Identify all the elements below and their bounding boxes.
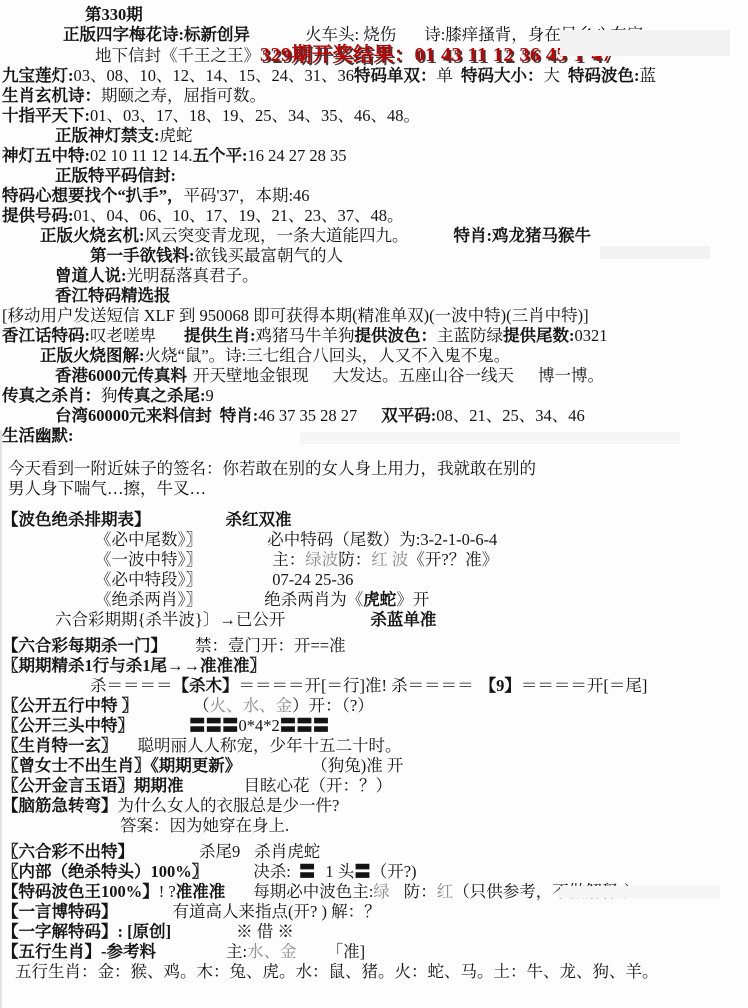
- text-segment: 火车头: 烧伤: [305, 25, 396, 45]
- text-segment: 0321: [575, 326, 608, 346]
- text-line: 《必中尾数》〗必中特码（尾数）为:3-2-1-0-6-4: [0, 530, 748, 550]
- text-segment: 六合彩期期{杀半波}〕→已公开: [55, 610, 285, 630]
- scan-edge-artifact: [0, 430, 2, 1008]
- text-segment: 有道高人来指点(开? ) 解：？: [173, 902, 381, 922]
- text-segment: 欲钱买最富朝气的人: [195, 246, 344, 266]
- text-segment: 台湾60000元来料信封: [55, 406, 212, 426]
- text-line: 杀＝＝＝＝【杀木】＝＝＝＝开[＝行]准! 杀＝＝＝＝【9】＝＝＝＝开[＝尾]: [0, 676, 748, 696]
- text-segment: 正版神灯禁支:: [55, 126, 160, 146]
- text-segment: 决杀:: [253, 862, 291, 882]
- text-segment: 叹老嗟卑: [90, 326, 156, 346]
- text-segment: 1 头: [325, 862, 354, 882]
- text-segment: 香江特码精选报: [55, 286, 171, 306]
- text-line: 六合彩期期{杀半波}〕→已公开杀蓝单准: [0, 610, 748, 630]
- scan-smudge: [560, 886, 720, 898]
- text-segment: 0*4*2: [239, 716, 280, 736]
- text-segment: [移动用户发送短信 XLF 到 950068 即可获得本期(精准单双)(一波中特…: [2, 306, 589, 326]
- text-segment: ＝＝＝＝开[＝尾]: [521, 676, 648, 696]
- text-segment: 〖公开三头中特〗: [2, 716, 134, 736]
- text-segment: 正版四字梅花诗:标新创异: [63, 25, 250, 45]
- text-segment: 〖期期精杀1行与杀1尾→→准准准〗: [2, 656, 266, 676]
- text-line: 【五行生肖】-参考料主:水、金「准]: [0, 942, 748, 962]
- text-segment: 特肖:: [454, 226, 493, 246]
- text-segment: 绿波: [305, 550, 338, 570]
- text-segment: 01、04、06、10、17、19、21、23、37、48。: [74, 206, 404, 226]
- text-line: 九宝莲灯:03、08、10、12、14、15、24、31、36特码单双：单特码大…: [0, 66, 748, 86]
- text-segment: 水、金: [247, 942, 297, 962]
- text-segment: 杀肖虎蛇: [254, 842, 320, 862]
- text-segment: 〖公开金言玉语〗: [2, 776, 134, 796]
- text-line: 【一言博特码】有道高人来指点(开? ) 解：？: [0, 902, 748, 922]
- text-segment: 地下信封《千王之王》: [95, 46, 260, 66]
- text-segment: 特码心想要找个“扒手”，: [2, 186, 184, 206]
- text-segment: 提供尾数:: [503, 326, 575, 346]
- text-line: 〖曾女士不出生肖〗《期期更新》（狗兔)准 开: [0, 756, 748, 776]
- text-segment: 传真之杀肖：: [2, 386, 101, 406]
- text-segment: 必中特码（尾数）为:3-2-1-0-6-4: [267, 530, 497, 550]
- text-line: 【一字解特码】: [原创]※ 借 ※: [0, 922, 748, 942]
- text-segment: ＝＝＝＝开[＝行]准! 杀＝＝＝＝: [239, 676, 474, 696]
- text-line: 男人身下喘气…擦，牛叉…: [0, 479, 748, 499]
- text-segment: 第330期: [85, 5, 143, 25]
- text-segment: 特码波色:: [568, 66, 640, 86]
- text-segment: 红 波: [371, 550, 408, 570]
- text-line: 〖生肖特一玄〗聪明丽人人称宠，少年十五二十时。: [0, 736, 748, 756]
- text-segment: 【五行生肖】-参考料: [2, 942, 156, 962]
- text-line: 〖期期精杀1行与杀1尾→→准准准〗: [0, 656, 748, 676]
- text-segment: 02 10 11 12 14.: [90, 146, 193, 166]
- text-segment: 杀＝＝＝＝: [90, 676, 173, 696]
- text-segment: 【一字解特码】: [原创]: [2, 922, 171, 942]
- text-segment: 五个平:: [193, 146, 248, 166]
- text-segment: 〖内部（绝杀特头）100%〗: [2, 862, 208, 882]
- text-segment: 46 37 35 28 27: [258, 406, 357, 426]
- text-segment: 答案：因为她穿在身上.: [120, 816, 289, 836]
- text-segment: 红: [437, 882, 454, 902]
- text-segment: 《开?？准》: [408, 550, 498, 570]
- text-lines-container: 第330期正版四字梅花诗:标新创异火车头: 烧伤诗:膝痒搔背，身在异乡心在家。地…: [0, 5, 748, 982]
- text-segment: 〓: [299, 862, 316, 882]
- text-segment: 07-24 25-36: [272, 570, 353, 590]
- text-segment: 绿: [373, 882, 390, 902]
- text-segment: 9: [206, 386, 214, 406]
- text-line: 〖内部（绝杀特头）100%〗决杀:〓1 头〓（开?): [0, 862, 748, 882]
- text-segment: 为什么女人的衣服总是少一件?: [118, 796, 340, 816]
- text-segment: 生肖玄机诗：: [2, 86, 101, 106]
- text-line: 香江话特码:叹老嗟卑提供生肖:鸡猪马牛羊狗提供波色：主蓝防绿提供尾数:0321: [0, 326, 748, 346]
- text-segment: 聪明丽人人称宠，少年十五二十时。: [138, 736, 402, 756]
- text-line: 〖公开五行中特 〗（火、水、金）开：（?）: [0, 696, 748, 716]
- text-segment: 【杀木】: [173, 676, 239, 696]
- text-segment: 鸡龙猪马猴牛: [492, 226, 591, 246]
- text-segment: ）开：（?）: [292, 696, 374, 716]
- text-segment: 五行生肖：金：猴、鸡。木：兔、虎。水：鼠、猪。火：蛇、马。土：牛、龙、狗、羊。: [15, 962, 659, 982]
- text-segment: 主:: [226, 942, 247, 962]
- text-segment: 《绝杀两肖》〗: [95, 590, 202, 610]
- text-segment: 虎蛇: [363, 590, 396, 610]
- text-line: 〖公开三头中特〗〓〓〓0*4*2〓〓〓: [0, 716, 748, 736]
- text-segment: 正版火烧玄机:: [40, 226, 145, 246]
- text-segment: （狗兔)准 开: [311, 756, 403, 776]
- text-line: 特码心想要找个“扒手”，平码'37'，本期:46: [0, 186, 748, 206]
- text-line: 【六合彩每期杀一门】禁：壹门开：开==准: [0, 636, 748, 656]
- text-segment: 〓〓〓: [189, 716, 239, 736]
- text-segment: 虎蛇: [160, 126, 193, 146]
- text-segment: 禁：壹门开：开==准: [195, 636, 346, 656]
- text-segment: 绝杀两肖为《: [264, 590, 363, 610]
- text-line: 今天看到一附近妹子的签名：你若敢在别的女人身上用力，我就敢在别的: [0, 459, 748, 479]
- text-segment: 风云突变青龙现，一条大道能四九。: [145, 226, 409, 246]
- text-line: 正版火烧玄机:风云突变青龙现，一条大道能四九。特肖:鸡龙猪马猴牛: [0, 226, 748, 246]
- text-line: 正版特平码信封:: [0, 166, 748, 186]
- text-segment: 【六合彩每期杀一门】: [2, 636, 167, 656]
- text-segment: 杀尾9: [199, 842, 240, 862]
- scan-smudge: [560, 30, 730, 56]
- text-segment: 大: [544, 66, 561, 86]
- text-segment: 01、03、17、18、19、25、34、35、46、48。: [90, 106, 420, 126]
- text-segment: 单: [437, 66, 454, 86]
- text-segment: 平码'37'，本期:46: [184, 186, 310, 206]
- text-segment: 特码大小：: [461, 66, 544, 86]
- text-segment: 杀红双准: [226, 510, 292, 530]
- text-segment: 期期准: [134, 776, 184, 796]
- text-segment: 火、水、金: [210, 696, 293, 716]
- text-segment: 「准]: [327, 942, 366, 962]
- text-segment: 生活幽默:: [2, 426, 74, 446]
- text-segment: 16 24 27 28 35: [248, 146, 347, 166]
- text-segment: 特码单双：: [354, 66, 437, 86]
- text-line: 提供号码:01、04、06、10、17、19、21、23、37、48。: [0, 206, 748, 226]
- text-line: 曾道人说:光明磊落真君子。: [0, 266, 748, 286]
- text-line: 香江特码精选报: [0, 286, 748, 306]
- text-line: 第330期: [0, 5, 748, 25]
- text-segment: （开?): [371, 862, 417, 882]
- text-segment: 大发达。五座山谷一线天: [333, 366, 515, 386]
- text-segment: 〓〓〓: [280, 716, 330, 736]
- text-segment: 防：: [404, 882, 437, 902]
- text-segment: 第一手欲钱料:: [90, 246, 195, 266]
- text-line: 香港6000元传真料开天壁地金银现大发达。五座山谷一线天博一博。: [0, 366, 748, 386]
- text-segment: 【特码波色王100%】: [2, 882, 159, 902]
- text-segment: 〖六合彩不出特】: [2, 842, 134, 862]
- text-segment: 【9】: [480, 676, 521, 696]
- text-segment: 特肖:: [220, 406, 259, 426]
- text-segment: 火烧“鼠”。诗:三七组合八回头，人又不入鬼不鬼。: [145, 346, 511, 366]
- text-segment: 九宝莲灯:: [2, 66, 74, 86]
- text-line: 《一波中特》〗主：绿波 防：红 波《开?？准》: [0, 550, 748, 570]
- text-segment: 提供生肖:: [184, 326, 256, 346]
- text-segment: 今天看到一附近妹子的签名：你若敢在别的女人身上用力，我就敢在别的: [8, 459, 536, 479]
- text-segment: 03、08、10、12、14、15、24、31、36: [74, 66, 355, 86]
- text-segment: 神灯五中特:: [2, 146, 90, 166]
- text-segment: 蓝: [640, 66, 657, 86]
- text-segment: 正版火烧图解:: [40, 346, 145, 366]
- spacer: [0, 499, 748, 510]
- text-segment: 〖曾女士不出生肖〗《期期更新》: [2, 756, 241, 776]
- text-segment: ※ 借 ※: [236, 922, 294, 942]
- text-line: 【波色绝杀排期表】杀红双准: [0, 510, 748, 530]
- text-segment: 目眩心花（开：？）: [244, 776, 393, 796]
- text-segment: 博一博。: [538, 366, 604, 386]
- spacer: [0, 446, 748, 459]
- tip-sheet-page: 第330期正版四字梅花诗:标新创异火车头: 烧伤诗:膝痒搔背，身在异乡心在家。地…: [0, 0, 748, 1008]
- text-line: 传真之杀肖：狗传真之杀尾:9: [0, 386, 748, 406]
- text-segment: 主蓝防绿: [437, 326, 503, 346]
- scan-smudge: [600, 246, 710, 259]
- text-segment: 〓: [354, 862, 371, 882]
- text-segment: ! ?: [159, 882, 176, 902]
- text-segment: 《必中特段》〗: [95, 570, 202, 590]
- text-segment: 提供波色：: [355, 326, 438, 346]
- text-line: 正版火烧图解: 火烧“鼠”。诗:三七组合八回头，人又不入鬼不鬼。: [0, 346, 748, 366]
- text-segment: 杀蓝单准: [370, 610, 436, 630]
- text-line: 十指平天下:01、03、17、18、19、25、34、35、46、48。: [0, 106, 748, 126]
- text-segment: 香江话特码:: [2, 326, 90, 346]
- text-line: 生肖玄机诗：期颐之寿，屈指可数。: [0, 86, 748, 106]
- text-segment: 《一波中特》〗: [95, 550, 202, 570]
- text-segment: 香港6000元传真料: [55, 366, 187, 386]
- text-segment: 《必中尾数》〗: [95, 530, 202, 550]
- text-segment: 每期必中波色主:: [253, 882, 373, 902]
- text-segment: 传真之杀尾:: [118, 386, 206, 406]
- text-segment: 【一言博特码】: [2, 902, 118, 922]
- text-line: 〖公开金言玉语〗期期准目眩心花（开：？）: [0, 776, 748, 796]
- text-line: 神灯五中特:02 10 11 12 14.五个平: 16 24 27 28 35: [0, 146, 748, 166]
- text-segment: 狗: [101, 386, 118, 406]
- text-line: 【脑筋急转弯】为什么女人的衣服总是少一件?: [0, 796, 748, 816]
- text-segment: 正版特平码信封:: [55, 166, 176, 186]
- text-line: 《必中特段》〗07-24 25-36: [0, 570, 748, 590]
- text-line: 五行生肖：金：猴、鸡。木：兔、虎。水：鼠、猪。火：蛇、马。土：牛、龙、狗、羊。: [0, 962, 748, 982]
- text-line: 正版神灯禁支:虎蛇: [0, 126, 748, 146]
- scan-smudge: [300, 432, 680, 444]
- text-segment: 防：: [338, 550, 371, 570]
- text-line: [移动用户发送短信 XLF 到 950068 即可获得本期(精准单双)(一波中特…: [0, 306, 748, 326]
- text-segment: 〖公开五行中特 〗: [2, 696, 138, 716]
- text-line: 答案：因为她穿在身上.: [0, 816, 748, 836]
- text-segment: 【波色绝杀排期表】: [2, 510, 151, 530]
- text-segment: 【脑筋急转弯】: [2, 796, 118, 816]
- text-segment: 提供号码:: [2, 206, 74, 226]
- text-segment: 开天壁地金银现: [193, 366, 309, 386]
- text-segment: 双平码:: [381, 406, 436, 426]
- text-segment: 主：: [272, 550, 305, 570]
- text-segment: 〖生肖特一玄〗: [2, 736, 118, 756]
- text-segment: 十指平天下:: [2, 106, 90, 126]
- text-segment: 男人身下喘气…擦，牛叉…: [8, 479, 206, 499]
- text-segment: 》开: [396, 590, 429, 610]
- text-segment: 鸡猪马牛羊狗: [256, 326, 355, 346]
- text-segment: （: [193, 696, 210, 716]
- text-segment: 光明磊落真君子。: [127, 266, 259, 286]
- text-line: 《绝杀两肖》〗绝杀两肖为《虎蛇》开: [0, 590, 748, 610]
- text-segment: 准准准: [176, 882, 226, 902]
- text-segment: 期颐之寿，屈指可数。: [101, 86, 266, 106]
- text-segment: 08、21、25、34、46: [436, 406, 585, 426]
- text-line: 〖六合彩不出特】杀尾9杀肖虎蛇: [0, 842, 748, 862]
- text-line: 台湾60000元来料信封特肖:46 37 35 28 27双平码:08、21、2…: [0, 406, 748, 426]
- text-segment: 曾道人说:: [55, 266, 127, 286]
